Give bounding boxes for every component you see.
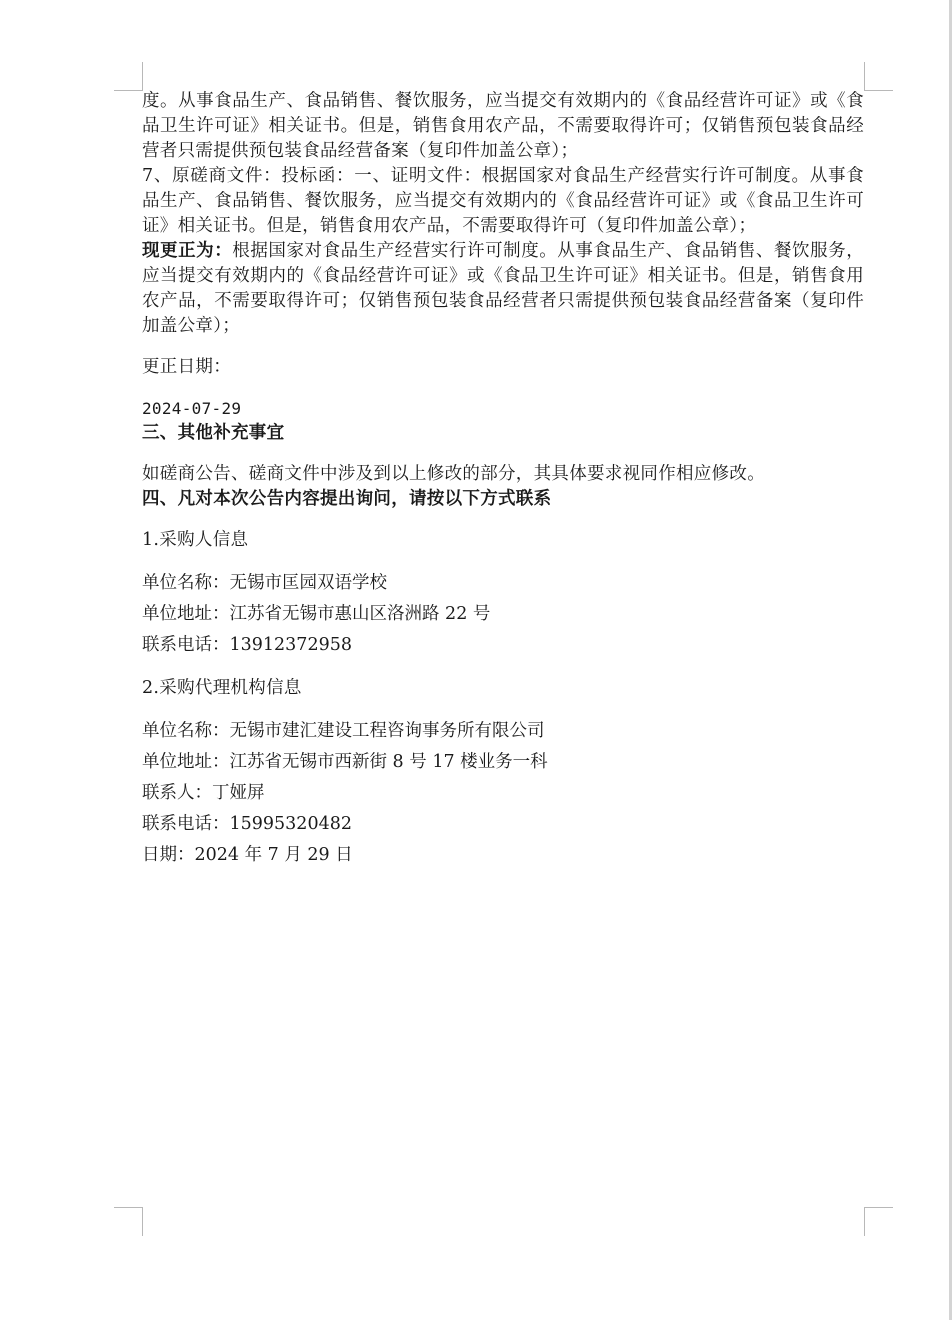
margin-corner-mark-top-right: [864, 62, 893, 91]
correction-date-label: 更正日期：: [142, 355, 864, 380]
section3-text: 如磋商公告、磋商文件中涉及到以上修改的部分，其具体要求视同作相应修改。: [142, 462, 864, 487]
margin-corner-mark-bottom-left: [114, 1207, 143, 1236]
section3-heading: 三、其他补充事宜: [142, 421, 864, 446]
margin-corner-mark-bottom-right: [864, 1207, 893, 1236]
agency-title: 2.采购代理机构信息: [142, 676, 864, 701]
agency-info: 单位名称：无锡市建汇建设工程咨询事务所有限公司 单位地址：江苏省无锡市西新街 8…: [142, 716, 864, 871]
item7-changed-paragraph: 现更正为：根据国家对食品生产经营实行许可制度。从事食品生产、食品销售、餐饮服务，…: [142, 239, 864, 339]
item7-original-text: 7、原磋商文件：投标函：一、证明文件：根据国家对食品生产经营实行许可制度。从事食…: [142, 164, 864, 239]
margin-corner-mark-top-left: [114, 62, 143, 91]
agency-date: 日期：2024 年 7 月 29 日: [142, 840, 864, 871]
agency-address: 单位地址：江苏省无锡市西新街 8 号 17 楼业务一科: [142, 747, 864, 778]
purchaser-phone: 联系电话：13912372958: [142, 630, 864, 661]
agency-name: 单位名称：无锡市建汇建设工程咨询事务所有限公司: [142, 716, 864, 747]
changed-label: 现更正为：: [142, 241, 232, 261]
agency-contact-person: 联系人：丁娅屏: [142, 778, 864, 809]
document-body: 度。从事食品生产、食品销售、餐饮服务，应当提交有效期内的《食品经营许可证》或《食…: [142, 89, 864, 871]
section4-heading: 四、凡对本次公告内容提出询问，请按以下方式联系: [142, 487, 864, 512]
agency-phone: 联系电话：15995320482: [142, 809, 864, 840]
purchaser-info: 单位名称：无锡市匡园双语学校 单位地址：江苏省无锡市惠山区洛洲路 22 号 联系…: [142, 568, 864, 661]
continuation-paragraph: 度。从事食品生产、食品销售、餐饮服务，应当提交有效期内的《食品经营许可证》或《食…: [142, 89, 864, 164]
purchaser-title: 1.采购人信息: [142, 528, 864, 553]
purchaser-name: 单位名称：无锡市匡园双语学校: [142, 568, 864, 599]
correction-date: 2024-07-29: [142, 396, 864, 421]
changed-text: 根据国家对食品生产经营实行许可制度。从事食品生产、食品销售、餐饮服务，应当提交有…: [142, 241, 864, 336]
purchaser-address: 单位地址：江苏省无锡市惠山区洛洲路 22 号: [142, 599, 864, 630]
